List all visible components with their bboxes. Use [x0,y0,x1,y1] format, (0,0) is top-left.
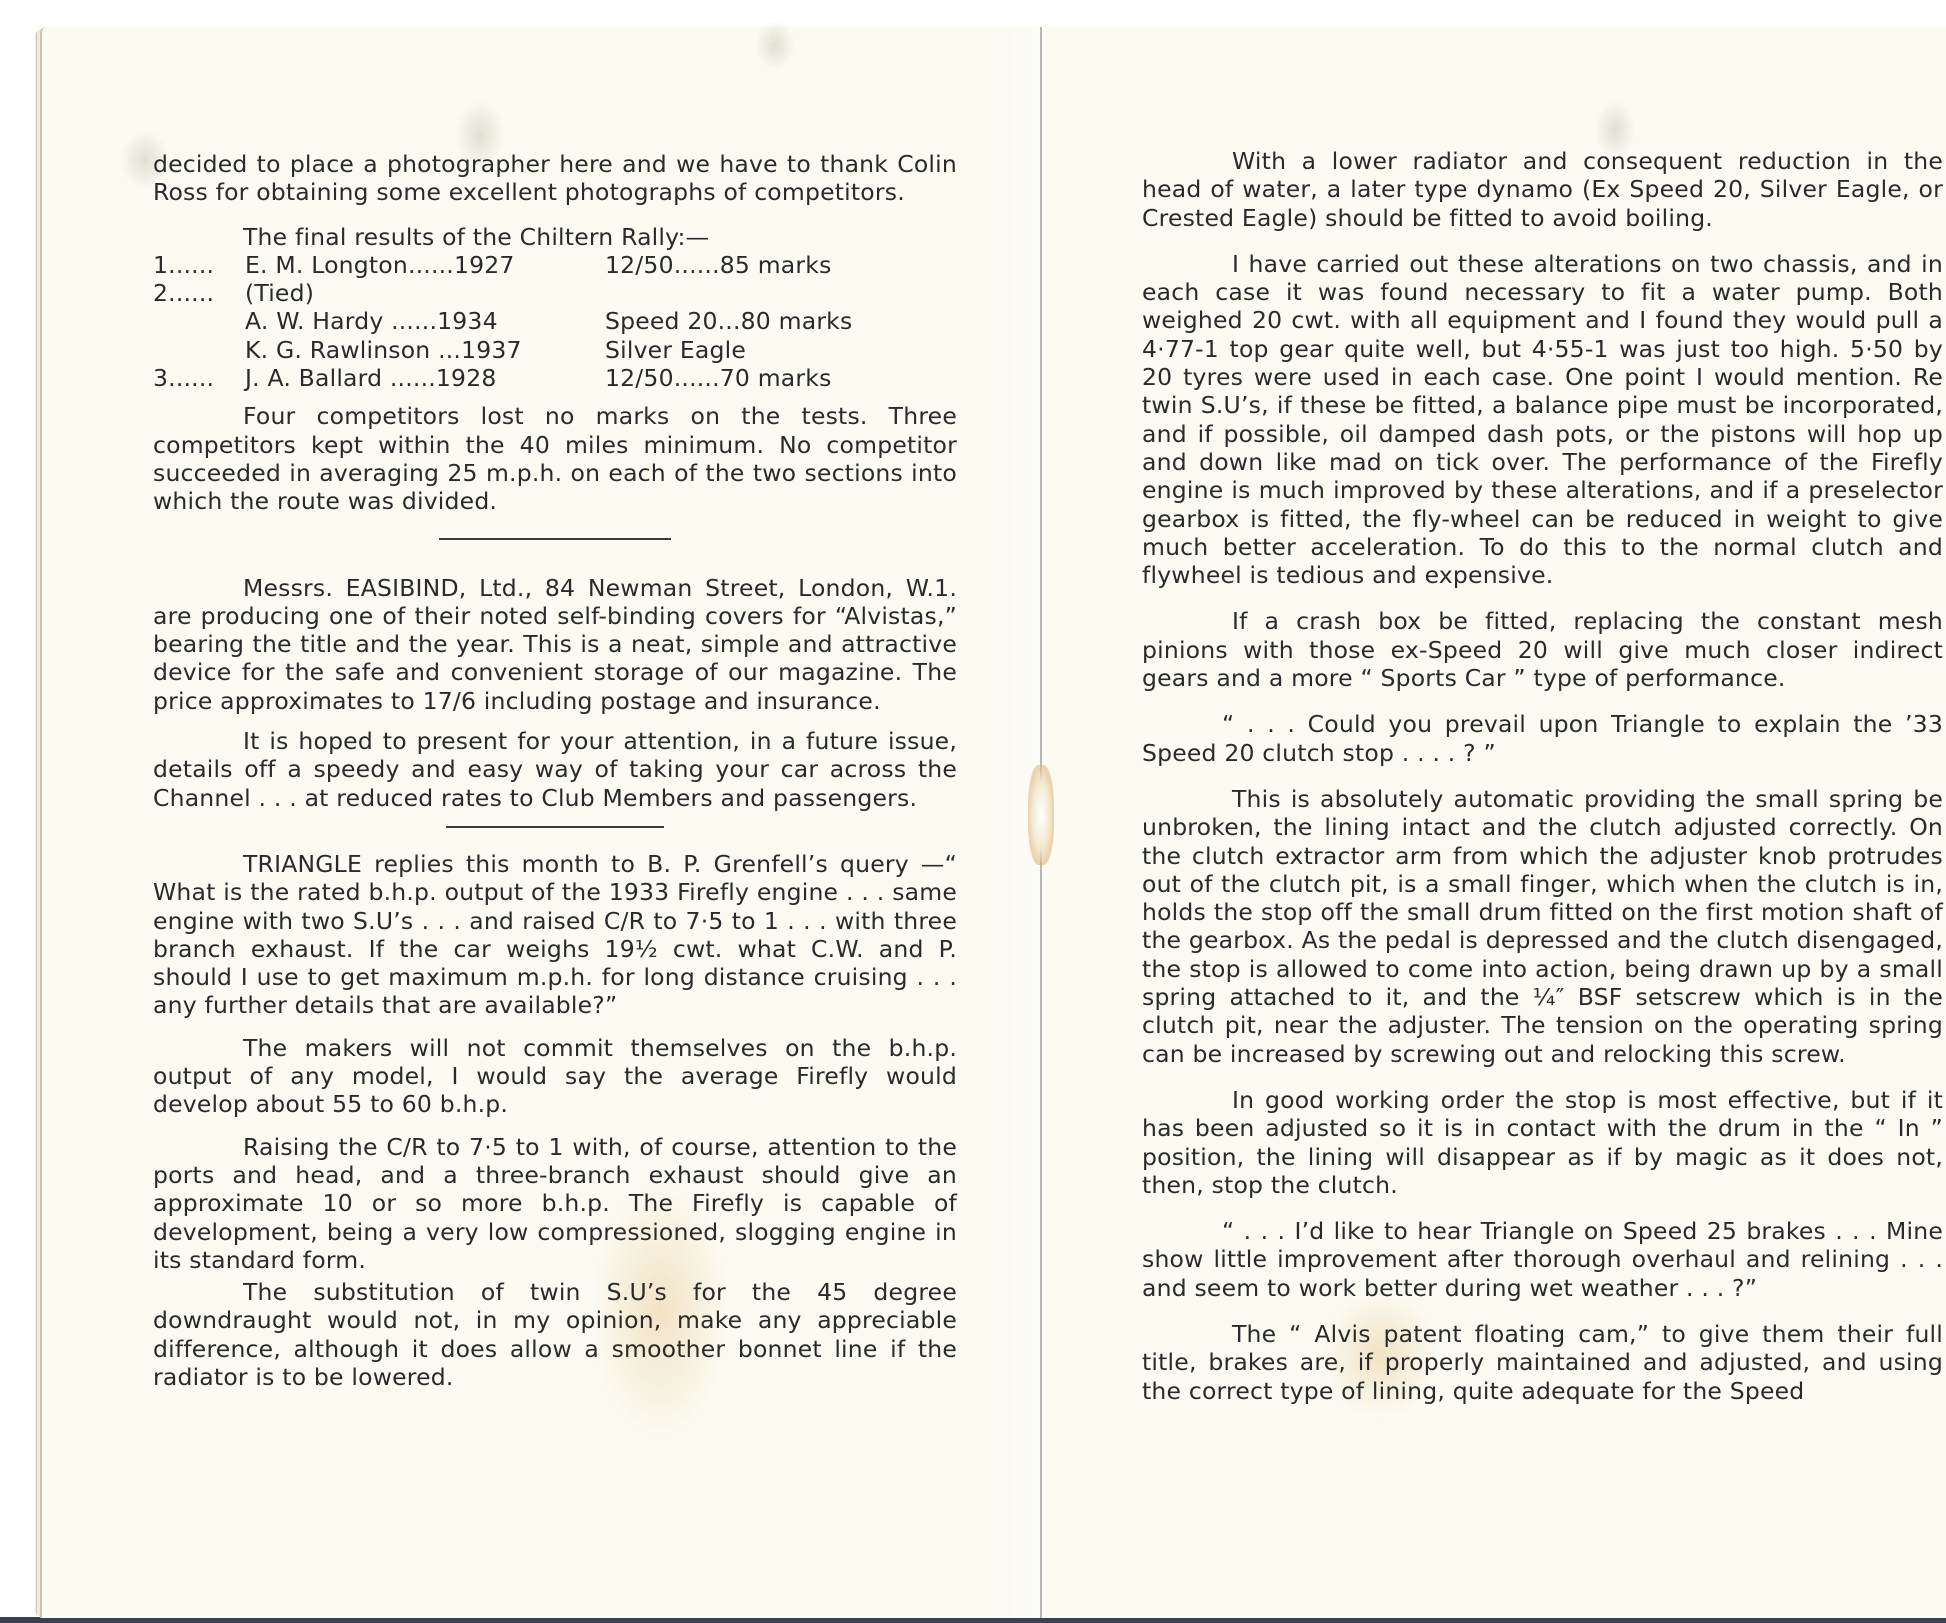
results-intro: The final results of the Chiltern Rally:… [153,223,957,251]
result-name: (Tied) [245,279,605,307]
paragraph-clutch-answer: This is absolutely automatic providing t… [1142,785,1943,1068]
result-detail: Silver Eagle [605,336,905,364]
result-row: 1...... E. M. Longton......1927 12/50...… [153,251,957,279]
result-row: K. G. Rawlinson ...1937 Silver Eagle [153,336,957,364]
result-place [153,336,245,364]
paragraph-crash-box: If a crash box be fitted, replacing the … [1142,607,1943,692]
right-column: With a lower radiator and consequent red… [1142,147,1943,1415]
result-place: 2...... [153,279,245,307]
foxing-spot [755,20,795,70]
rally-results: 1...... E. M. Longton......1927 12/50...… [153,251,957,392]
section-divider [446,826,664,828]
paragraph-photographer: decided to place a photographer here and… [153,150,957,207]
paragraph-good-order: In good working order the stop is most e… [1142,1086,1943,1199]
result-name: A. W. Hardy ......1934 [245,307,605,335]
result-name: J. A. Ballard ......1928 [245,364,605,392]
paragraph-clutch-query: “ . . . Could you prevail upon Triangle … [1142,710,1943,767]
result-name: E. M. Longton......1927 [245,251,605,279]
left-column: decided to place a photographer here and… [153,150,957,1401]
result-name: K. G. Rawlinson ...1937 [245,336,605,364]
result-row: A. W. Hardy ......1934 Speed 20...80 mar… [153,307,957,335]
paragraph-makers: The makers will not commit themselves on… [153,1034,957,1119]
result-detail [605,279,905,307]
section-divider [439,538,671,540]
paragraph-triangle-query: TRIANGLE replies this month to B. P. Gre… [153,850,957,1020]
paragraph-alterations: I have carried out these alterations on … [1142,250,1943,590]
paragraph-easibind: Messrs. EASIBIND, Ltd., 84 Newman Street… [153,574,957,715]
result-place: 3...... [153,364,245,392]
result-place: 1...... [153,251,245,279]
result-row: 2...... (Tied) [153,279,957,307]
paragraph-radiator: With a lower radiator and consequent red… [1142,147,1943,232]
paragraph-raising: Raising the C/R to 7·5 to 1 with, of cou… [153,1133,957,1274]
result-detail: 12/50......85 marks [605,251,905,279]
result-detail: 12/50......70 marks [605,364,905,392]
paragraph-channel: It is hoped to present for your attentio… [153,727,957,812]
result-place [153,307,245,335]
result-detail: Speed 20...80 marks [605,307,905,335]
paragraph-substitution: The substitution of twin S.U’s for the 4… [153,1278,957,1391]
result-row: 3...... J. A. Ballard ......1928 12/50..… [153,364,957,392]
paragraph-results-note: Four competitors lost no marks on the te… [153,402,957,515]
paragraph-brakes-query: “ . . . I’d like to hear Triangle on Spe… [1142,1217,1943,1302]
paragraph-brakes-answer: The “ Alvis patent floating cam,” to giv… [1142,1320,1943,1405]
staple-mark [1028,765,1054,865]
